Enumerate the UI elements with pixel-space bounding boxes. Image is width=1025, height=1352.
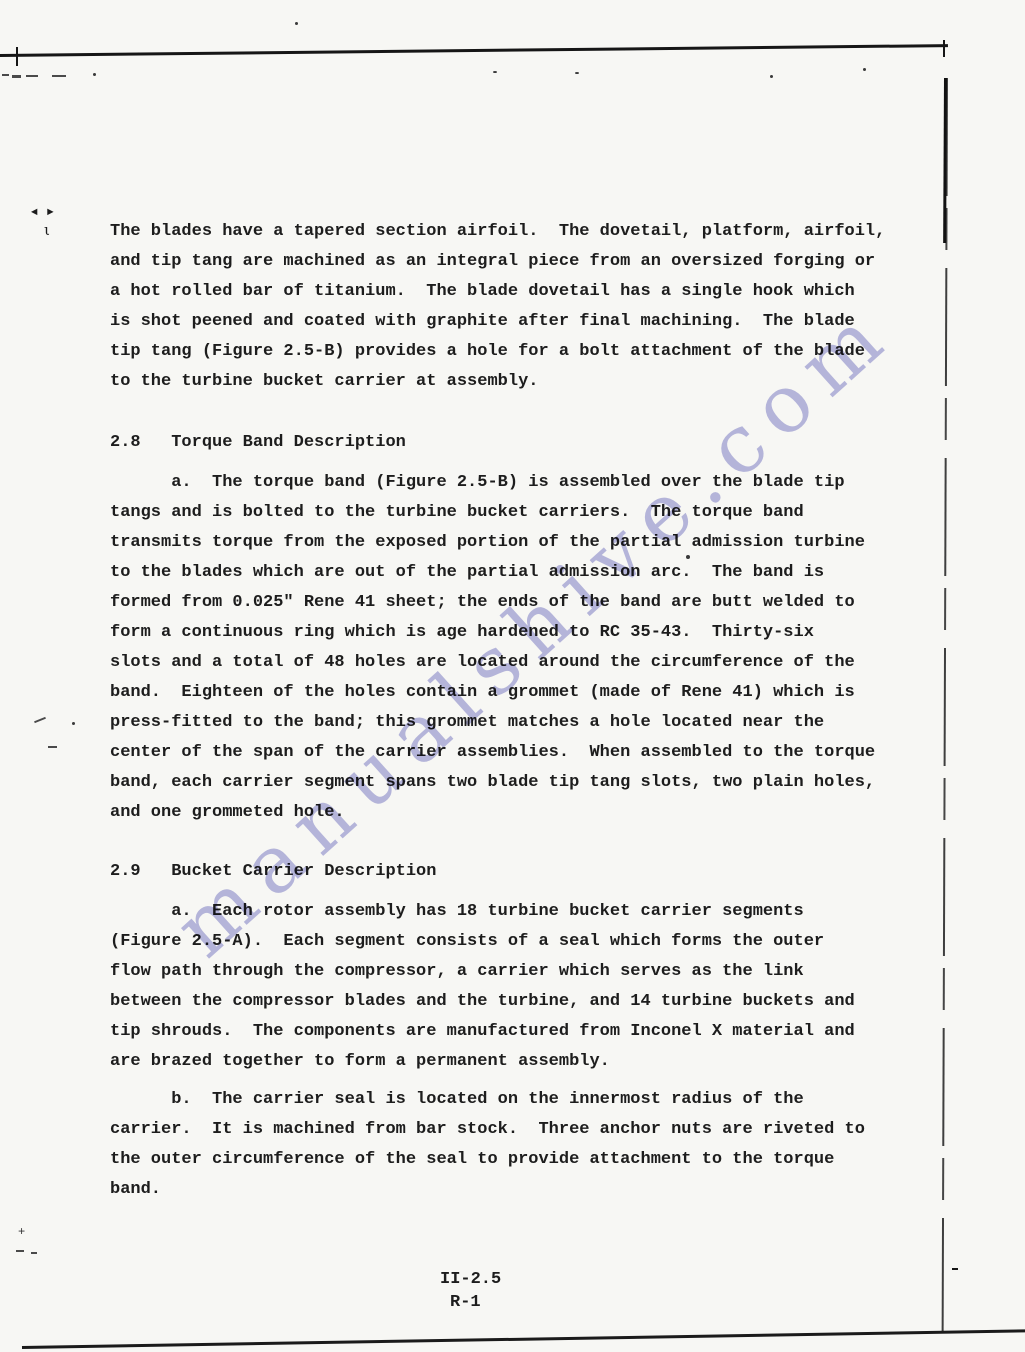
right-border-bottom-tick [952, 1268, 958, 1270]
scan-dash [26, 75, 38, 77]
top-border-line [0, 44, 948, 57]
bottom-border-line [22, 1329, 1025, 1349]
margin-hook-mark: ι [44, 223, 50, 238]
top-border-left-tick [16, 47, 18, 66]
paragraph-2-9-b: b. The carrier seal is located on the in… [110, 1085, 865, 1205]
scan-speck [93, 73, 96, 76]
section-heading-2-8: 2.8 Torque Band Description [110, 428, 406, 458]
scan-dash [12, 75, 21, 78]
scan-dash [52, 75, 66, 77]
scan-dash [16, 1250, 24, 1252]
right-border-line [942, 78, 948, 1332]
margin-right-arrow-icon: ► [47, 208, 54, 219]
paragraph-blade-description: The blades have a tapered section airfoi… [110, 217, 885, 397]
scanned-document-page: ◄ ► ι + The blades have a tapered sectio… [0, 0, 1025, 1352]
margin-plus-mark: + [18, 1226, 25, 1238]
scan-dash [34, 717, 46, 723]
scan-dash [2, 74, 9, 76]
scan-speck [770, 75, 773, 78]
margin-left-arrow-icon: ◄ [31, 208, 38, 219]
scan-dash [31, 1252, 37, 1254]
scan-speck [72, 722, 75, 725]
footer-revision-number: R-1 [450, 1288, 481, 1318]
top-border-right-tick [943, 40, 945, 57]
scan-speck [295, 22, 298, 25]
scan-speck [575, 72, 579, 74]
scan-speck [493, 71, 497, 73]
scan-dash [48, 746, 57, 748]
section-heading-2-9: 2.9 Bucket Carrier Description [110, 857, 436, 887]
paragraph-2-8-a: a. The torque band (Figure 2.5-B) is ass… [110, 468, 875, 828]
scan-speck [863, 68, 866, 71]
paragraph-2-9-a: a. Each rotor assembly has 18 turbine bu… [110, 897, 855, 1077]
